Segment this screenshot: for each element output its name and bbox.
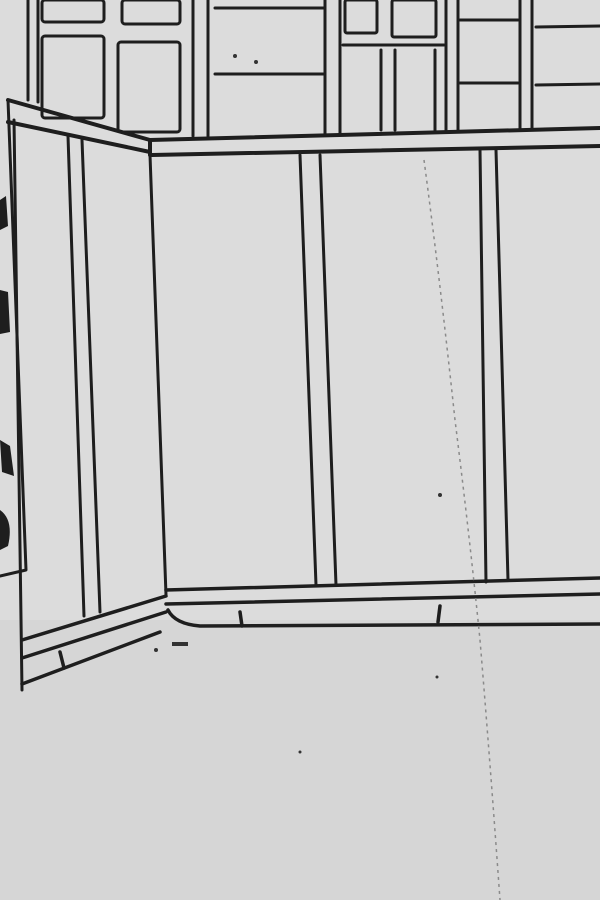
floor [0,620,600,900]
room-sketch-scene [0,0,600,900]
room-sketch [0,0,600,900]
